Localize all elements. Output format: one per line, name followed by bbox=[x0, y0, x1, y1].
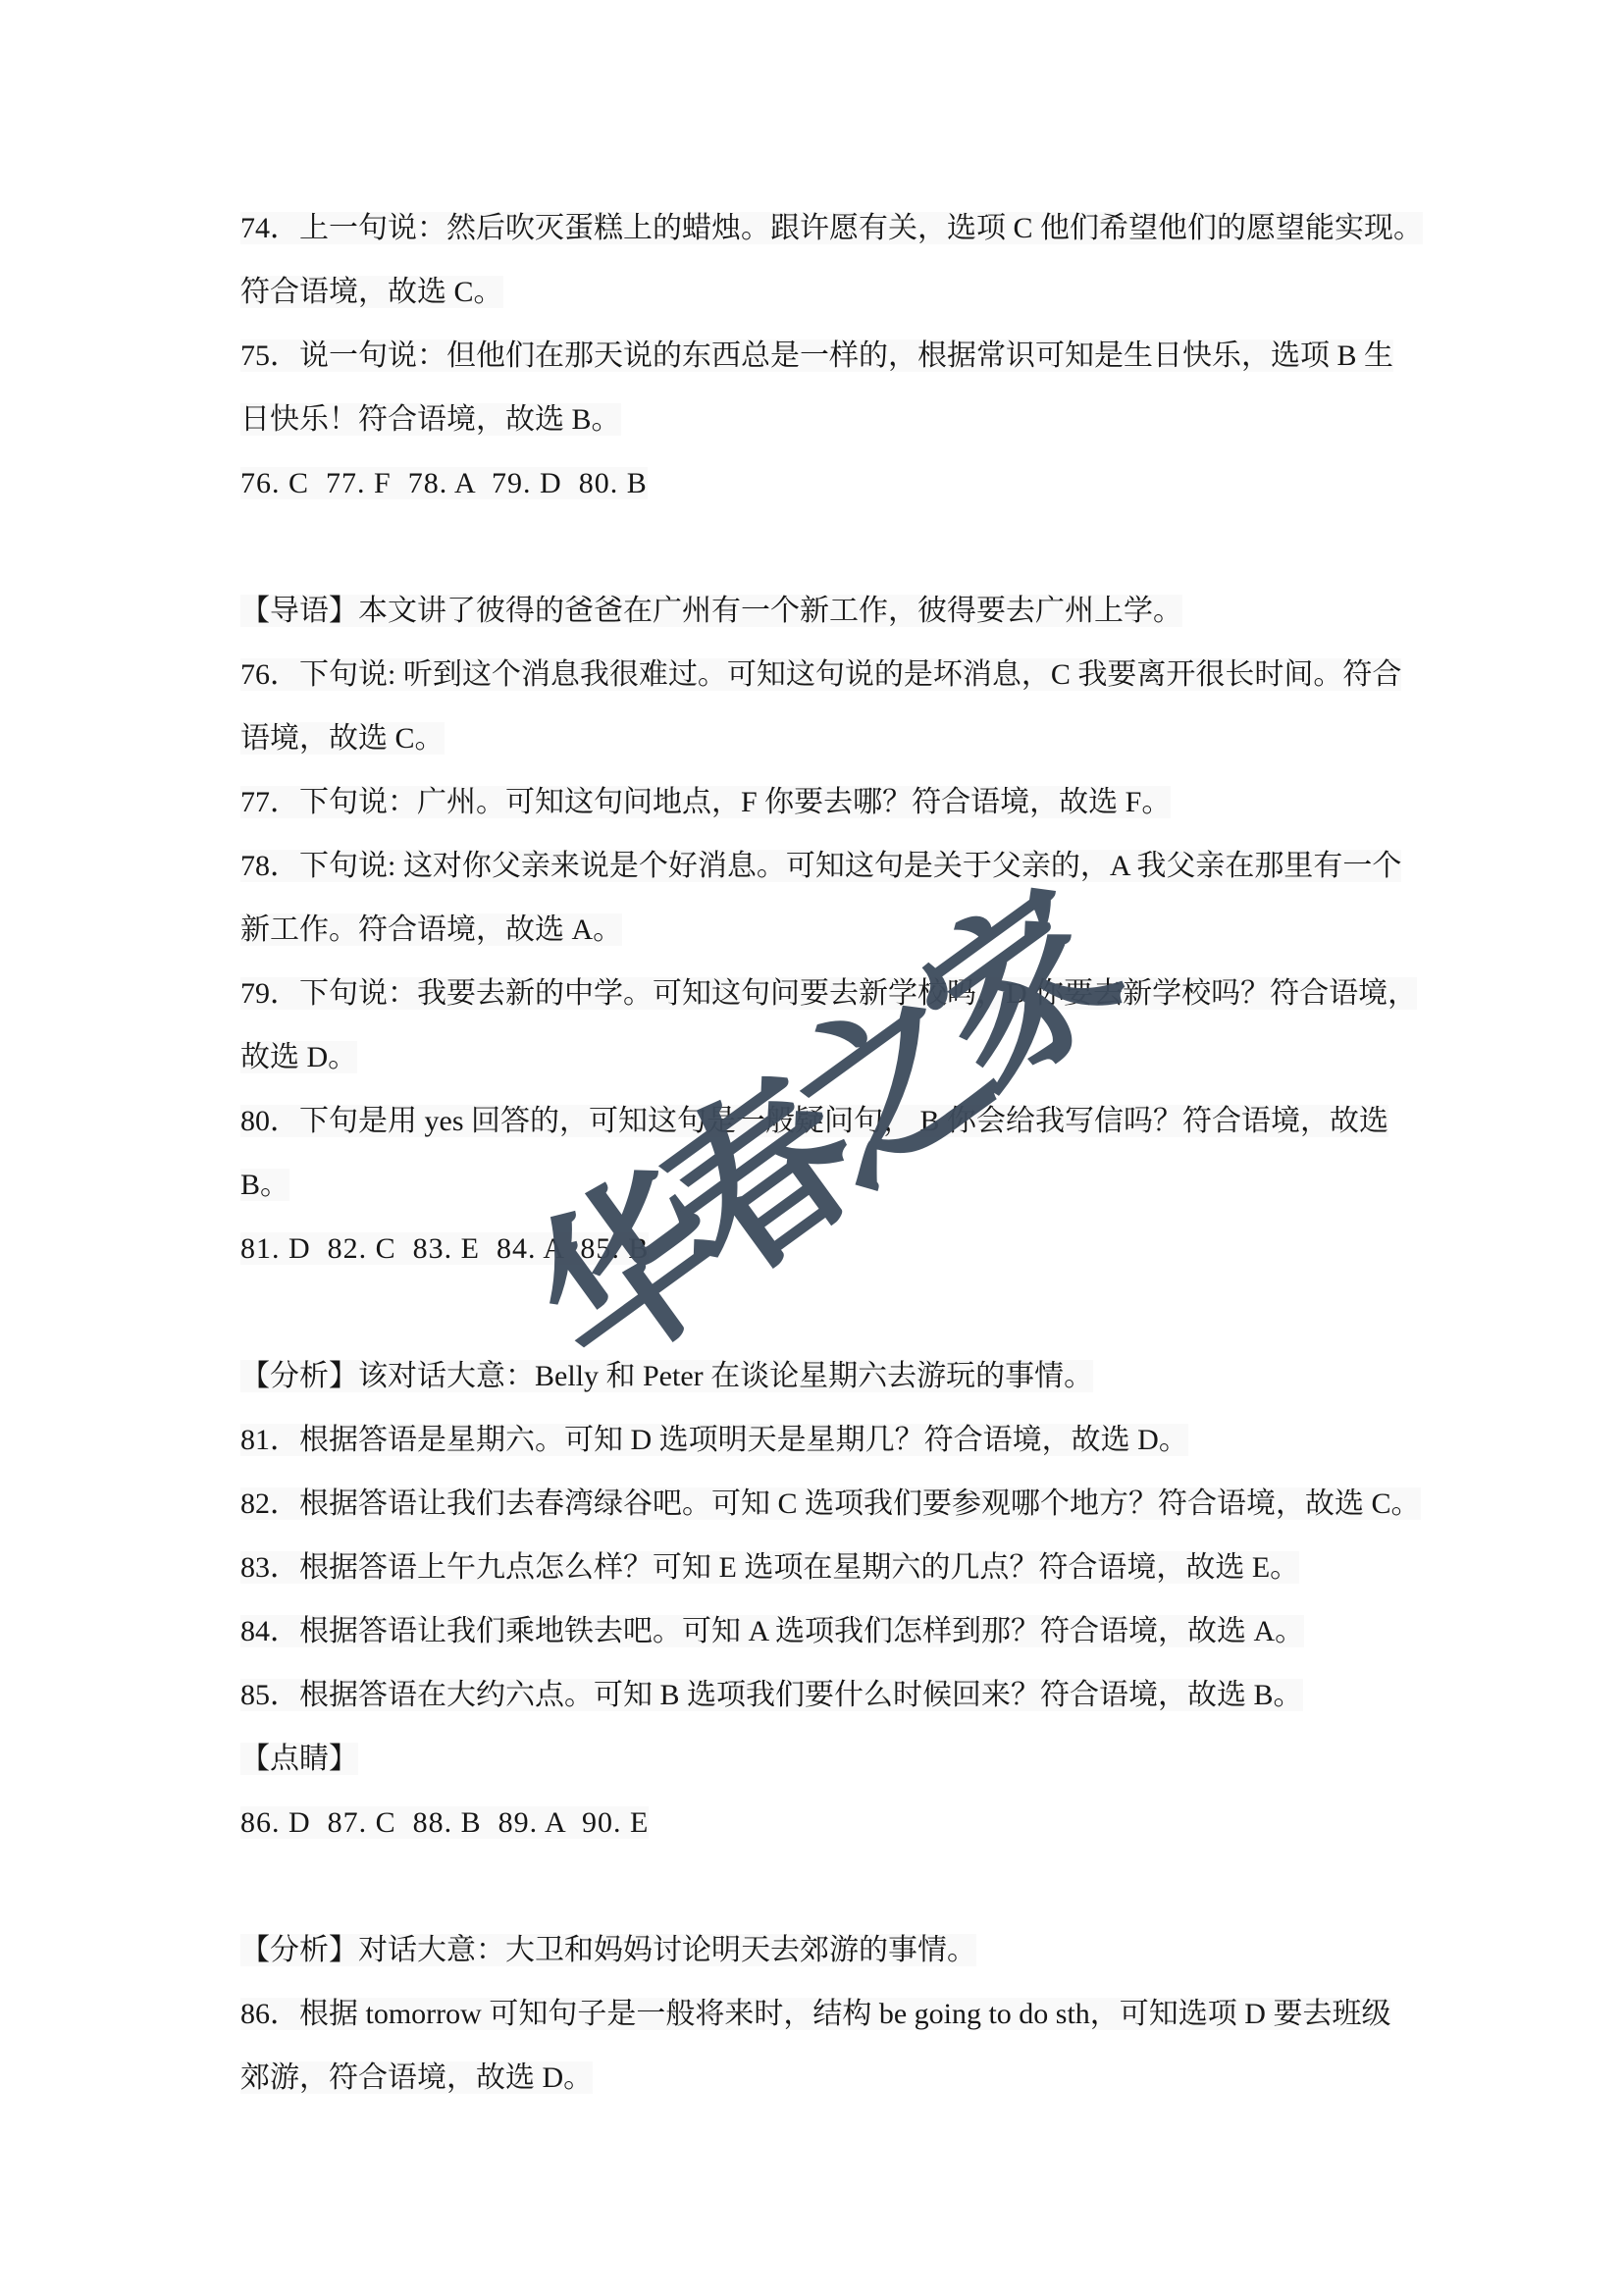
explanation-line: 75．说一句说：但他们在那天说的东西总是一样的，根据常识可知是生日快乐，选项 B… bbox=[240, 324, 1393, 388]
explanation-line: 81．根据答语是星期六。可知 D 选项明天是星期几？符合语境，故选 D。 bbox=[240, 1408, 1393, 1472]
explanation-line: 故选 D。 bbox=[240, 1025, 1393, 1089]
explanation-line: 新工作。符合语境，故选 A。 bbox=[240, 898, 1393, 962]
blank-line bbox=[240, 1280, 1393, 1344]
explanation-line: 语境，故选 C。 bbox=[240, 706, 1393, 770]
section-label-line: 【分析】对话大意：大卫和妈妈讨论明天去郊游的事情。 bbox=[240, 1918, 1393, 1982]
section-label-line: 【分析】该对话大意：Belly 和 Peter 在谈论星期六去游玩的事情。 bbox=[240, 1344, 1393, 1408]
blank-line bbox=[240, 1854, 1393, 1918]
explanation-line: 78．下句说: 这对你父亲来说是个好消息。可知这句是关于父亲的，A 我父亲在那里… bbox=[240, 834, 1393, 898]
section-label-line: 【导语】本文讲了彼得的爸爸在广州有一个新工作，彼得要去广州上学。 bbox=[240, 579, 1393, 643]
explanation-line: 76．下句说: 听到这个消息我很难过。可知这句说的是坏消息，C 我要离开很长时间… bbox=[240, 643, 1393, 706]
explanation-line: 85．根据答语在大约六点。可知 B 选项我们要什么时候回来？符合语境，故选 B。 bbox=[240, 1663, 1393, 1727]
answer-key-line: 86. D 87. C 88. B 89. A 90. E bbox=[240, 1791, 1393, 1854]
section-label-line: 【点睛】 bbox=[240, 1727, 1393, 1791]
answer-key-line: 76. C 77. F 78. A 79. D 80. B bbox=[240, 451, 1393, 515]
explanation-line: 84．根据答语让我们乘地铁去吧。可知 A 选项我们怎样到那？符合语境，故选 A。 bbox=[240, 1599, 1393, 1663]
explanation-line: 符合语境，故选 C。 bbox=[240, 260, 1393, 324]
blank-line bbox=[240, 515, 1393, 579]
explanation-line: 郊游，符合语境，故选 D。 bbox=[240, 2046, 1393, 2110]
explanation-line: 日快乐！符合语境，故选 B。 bbox=[240, 388, 1393, 451]
explanation-line: B。 bbox=[240, 1153, 1393, 1217]
explanation-line: 77．下句说：广州。可知这句问地点，F 你要去哪？符合语境，故选 F。 bbox=[240, 770, 1393, 834]
explanation-line: 74．上一句说：然后吹灭蛋糕上的蜡烛。跟许愿有关，选项 C 他们希望他们的愿望能… bbox=[240, 196, 1393, 260]
explanation-line: 79．下句说：我要去新的中学。可知这句问要去新学校吗，D 你要去新学校吗？符合语… bbox=[240, 962, 1393, 1025]
explanation-line: 86．根据 tomorrow 可知句子是一般将来时，结构 be going to… bbox=[240, 1982, 1393, 2046]
explanation-line: 82．根据答语让我们去春湾绿谷吧。可知 C 选项我们要参观哪个地方？符合语境，故… bbox=[240, 1472, 1393, 1536]
answer-key-line: 81. D 82. C 83. E 84. A 85. B bbox=[240, 1217, 1393, 1280]
text-content: 74．上一句说：然后吹灭蛋糕上的蜡烛。跟许愿有关，选项 C 他们希望他们的愿望能… bbox=[240, 196, 1393, 2110]
document-page: 74．上一句说：然后吹灭蛋糕上的蜡烛。跟许愿有关，选项 C 他们希望他们的愿望能… bbox=[0, 0, 1623, 2296]
explanation-line: 83．根据答语上午九点怎么样？可知 E 选项在星期六的几点？符合语境，故选 E。 bbox=[240, 1536, 1393, 1599]
explanation-line: 80．下句是用 yes 回答的，可知这句是一般疑问句， B 你会给我写信吗？符合… bbox=[240, 1089, 1393, 1153]
